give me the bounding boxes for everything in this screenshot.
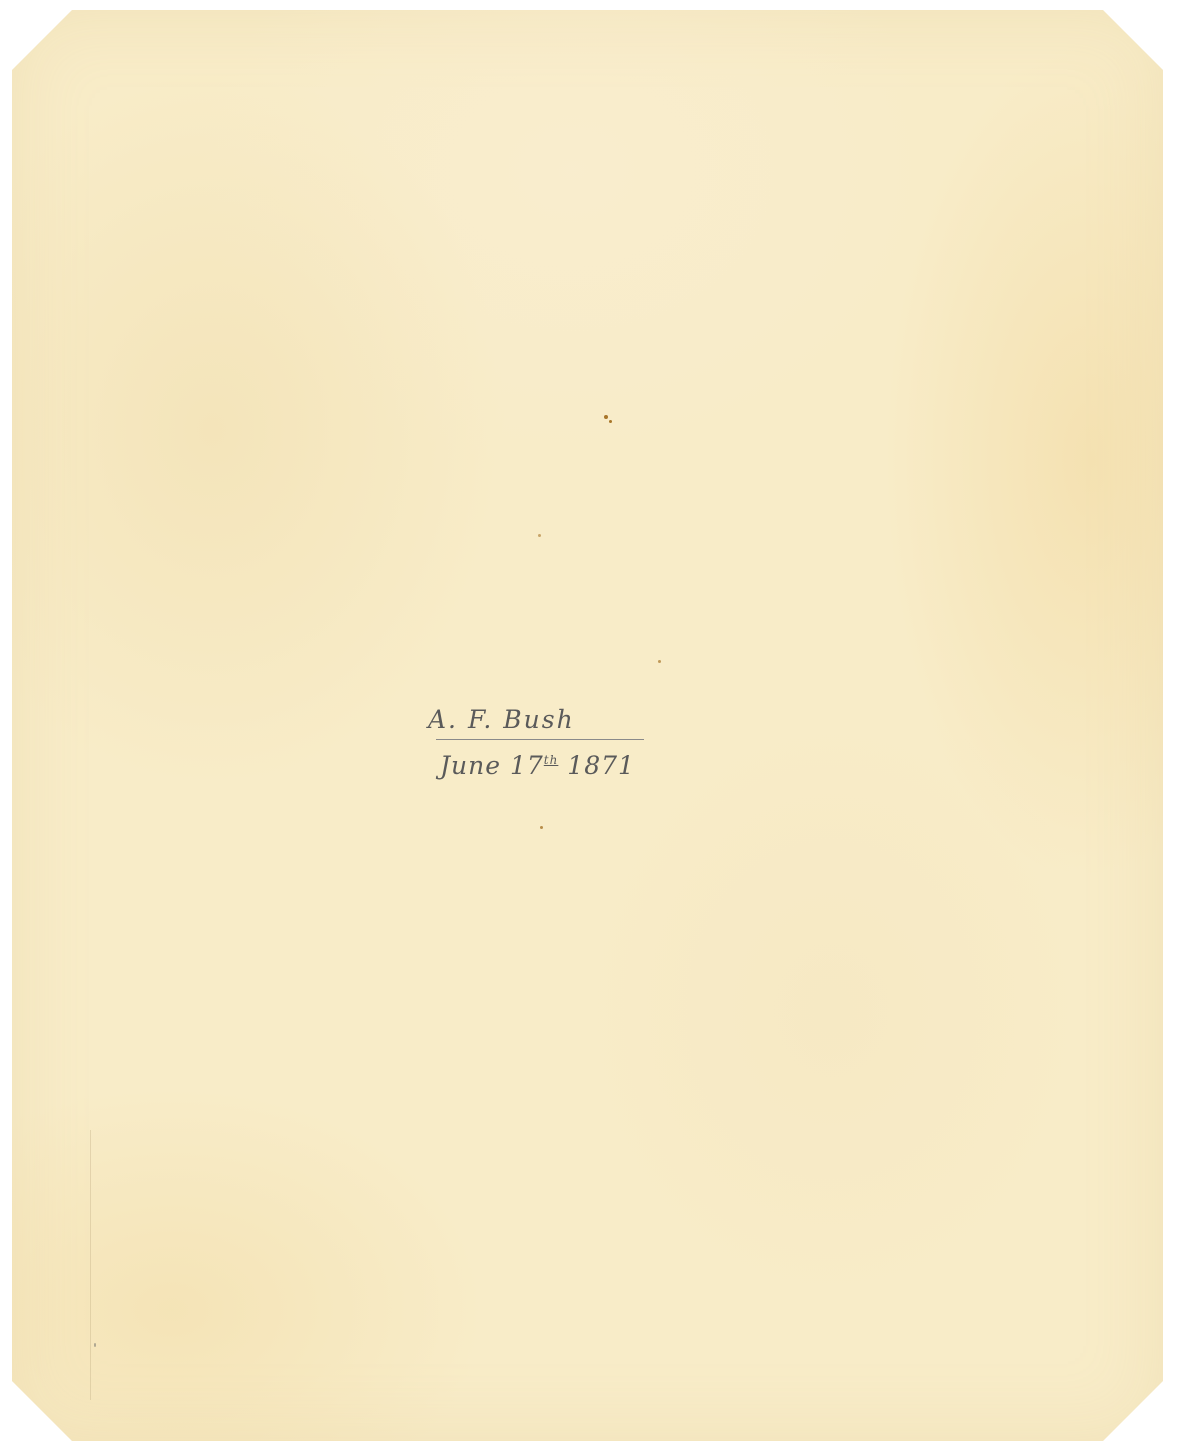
date-ordinal: th [544,753,559,767]
foxing-spot [609,420,612,423]
foxing-spot [540,826,543,829]
signature-underline [436,739,644,740]
handwritten-inscription: A. F. Bush June 17th 1871 [424,705,684,782]
foxing-spot [94,1343,96,1347]
signature-name: A. F. Bush [424,705,684,735]
foxing-spot [604,415,608,419]
faint-vertical-mark [90,1130,91,1400]
inscription-date: June 17th 1871 [424,744,684,782]
date-month-day: June 17 [440,751,544,780]
foxing-spot [538,534,541,537]
foxing-spot [658,660,661,663]
card-back: A. F. Bush June 17th 1871 [12,10,1163,1441]
date-year: 1871 [567,751,635,780]
